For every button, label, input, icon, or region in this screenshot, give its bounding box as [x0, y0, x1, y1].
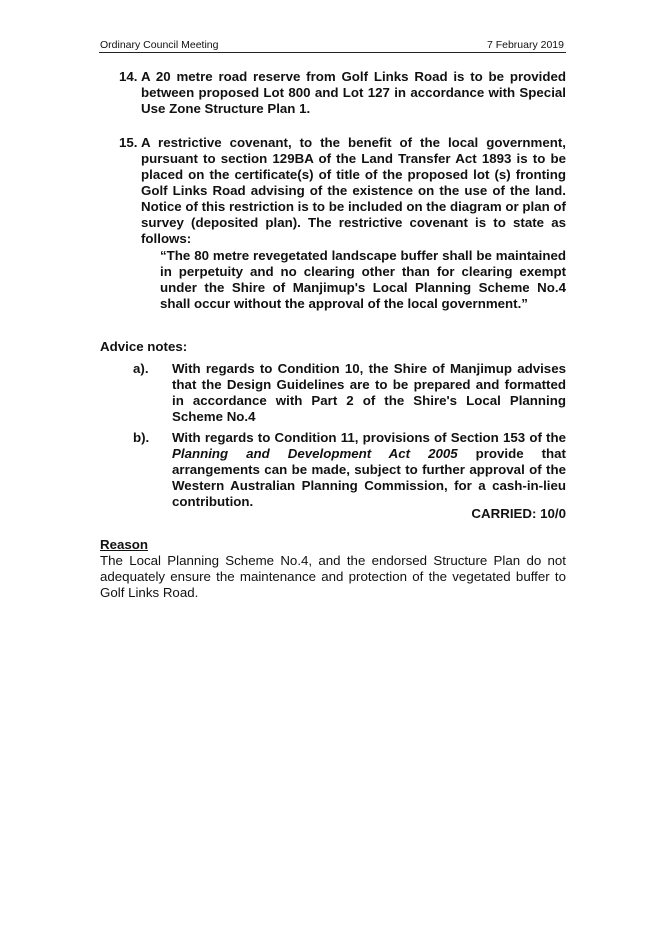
header-date: 7 February 2019 — [487, 39, 564, 51]
note-text: With regards to Condition 10, the Shire … — [172, 361, 566, 425]
covenant-quote: “The 80 metre revegetated landscape buff… — [160, 248, 566, 312]
condition-15: 15. A restrictive covenant, to the benef… — [119, 135, 566, 247]
reason-text: The Local Planning Scheme No.4, and the … — [100, 553, 566, 601]
advice-notes-heading: Advice notes: — [100, 339, 187, 355]
condition-number: 14. — [119, 69, 138, 85]
condition-text: A 20 metre road reserve from Golf Links … — [141, 69, 566, 117]
note-text-before: With regards to Condition 11, provisions… — [172, 430, 566, 445]
note-label: a). — [133, 361, 149, 377]
condition-number: 15. — [119, 135, 138, 151]
advice-note-a: a). With regards to Condition 10, the Sh… — [133, 361, 566, 425]
advice-note-b: b). With regards to Condition 11, provis… — [133, 430, 566, 510]
page-header: Ordinary Council Meeting 7 February 2019 — [99, 38, 566, 53]
note-label: b). — [133, 430, 149, 446]
act-name: Planning and Development Act 2005 — [172, 446, 458, 461]
note-text: With regards to Condition 11, provisions… — [172, 430, 566, 510]
reason-heading: Reason — [100, 537, 148, 553]
carried-result: CARRIED: 10/0 — [471, 506, 566, 522]
condition-text: A restrictive covenant, to the benefit o… — [141, 135, 566, 247]
condition-14: 14. A 20 metre road reserve from Golf Li… — [119, 69, 566, 117]
header-meeting-title: Ordinary Council Meeting — [100, 39, 218, 51]
